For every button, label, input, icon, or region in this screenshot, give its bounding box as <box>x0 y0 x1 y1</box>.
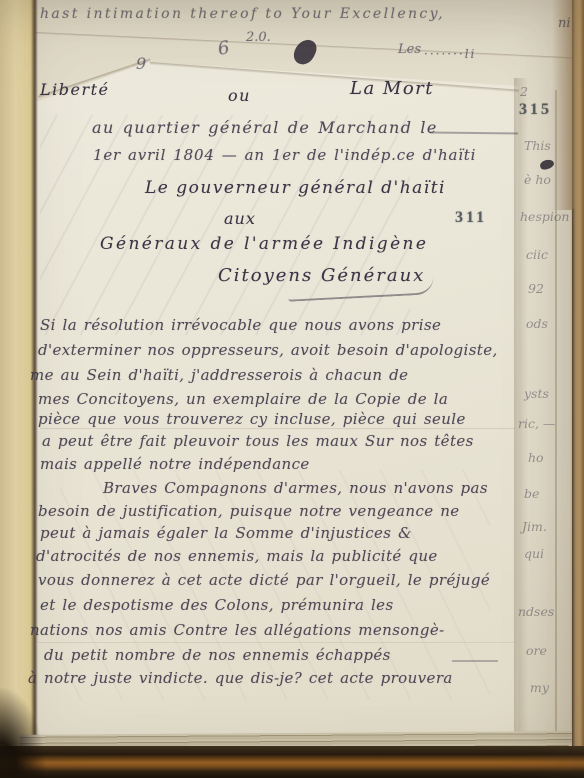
stray-mark: Les <box>398 42 421 57</box>
body-line: besoin de justification, puisque notre v… <box>38 502 460 520</box>
page-crease <box>40 428 516 430</box>
stray-mark: ·······li <box>424 47 476 61</box>
margin-fragment: ods <box>526 316 548 331</box>
body-line: Braves Compagnons d'armes, nous n'avons … <box>103 479 488 497</box>
margin-fragment: qui <box>524 546 544 561</box>
body-line: du petit nombre de nos ennemis échappés <box>44 646 391 664</box>
margin-fragment: ciic <box>526 247 548 262</box>
margin-fragment: ysts <box>524 386 549 401</box>
pen-dash <box>452 660 498 662</box>
margin-fragment: Jim. <box>522 519 547 534</box>
margin-fragment: hespion <box>520 209 569 224</box>
page-edges-right <box>570 0 584 752</box>
body-line: me au Sein d'haïti, j'addresserois à cha… <box>30 366 408 384</box>
motto-la-mort: La Mort <box>350 78 434 99</box>
sender-line: Le gouverneur général d'haïti <box>145 178 446 198</box>
stray-mark: ni <box>558 16 571 31</box>
margin-fragment: ric, — <box>518 416 555 431</box>
recipients-line: Généraux de l'armée Indigène <box>100 234 428 254</box>
motto-liberte: Liberté <box>40 80 110 99</box>
body-line: pièce que vous trouverez cy incluse, piè… <box>38 410 466 428</box>
folio-stamp-315: 315 <box>519 101 552 119</box>
body-line: à notre juste vindicte. que dis-je? cet … <box>28 669 453 687</box>
motto-ou: ou <box>228 86 251 105</box>
body-line: nations nos amis Contre les allégations … <box>30 621 445 639</box>
stray-mark: 9 <box>136 54 146 73</box>
page-stack-left <box>0 0 34 752</box>
margin-fragment: This <box>524 138 551 153</box>
body-line: d'atrocités de nos ennemis, mais la publ… <box>36 547 438 565</box>
manuscript-photo: hast intimation thereof to Your Excellen… <box>0 0 584 778</box>
aux-line: aux <box>224 209 256 228</box>
margin-fragment: è ho <box>524 172 551 187</box>
dateline-place: au quartier général de Marchand le <box>92 118 438 137</box>
dateline-date: 1er avril 1804 — an 1er de l'indép.ce d'… <box>93 146 476 164</box>
page-crease <box>36 642 516 644</box>
body-line: vous donnerez à cet acte dicté par l'org… <box>38 571 490 589</box>
folio-stamp-311: 311 <box>455 209 487 227</box>
body-line: d'exterminer nos oppresseurs, avoit beso… <box>38 341 498 359</box>
margin-fragment: 92 <box>528 281 544 296</box>
body-line: a peut être fait pleuvoir tous les maux … <box>42 432 474 450</box>
backsheet-english-fragment: hast intimation thereof to Your Excellen… <box>40 6 445 22</box>
margin-fragment: ho <box>528 450 544 465</box>
shadow-corner <box>0 688 46 778</box>
body-line: et le despotisme des Colons, prémunira l… <box>40 596 394 614</box>
body-line: mes Concitoyens, un exemplaire de la Cop… <box>38 390 448 408</box>
stray-mark: 2.0. <box>246 30 271 45</box>
margin-fragment: be <box>524 486 539 501</box>
margin-fragment: ndses <box>518 604 554 619</box>
margin-fragment: my <box>530 680 549 695</box>
book-binding-edge <box>0 746 584 778</box>
body-line: mais appellé notre indépendance <box>40 455 310 473</box>
margin-fragment: ore <box>526 643 547 658</box>
body-line: Si la résolution irrévocable que nous av… <box>40 316 441 334</box>
body-line: peut à jamais égaler la Somme d'injustic… <box>40 524 412 542</box>
margin-fragment: 2 <box>520 84 528 99</box>
